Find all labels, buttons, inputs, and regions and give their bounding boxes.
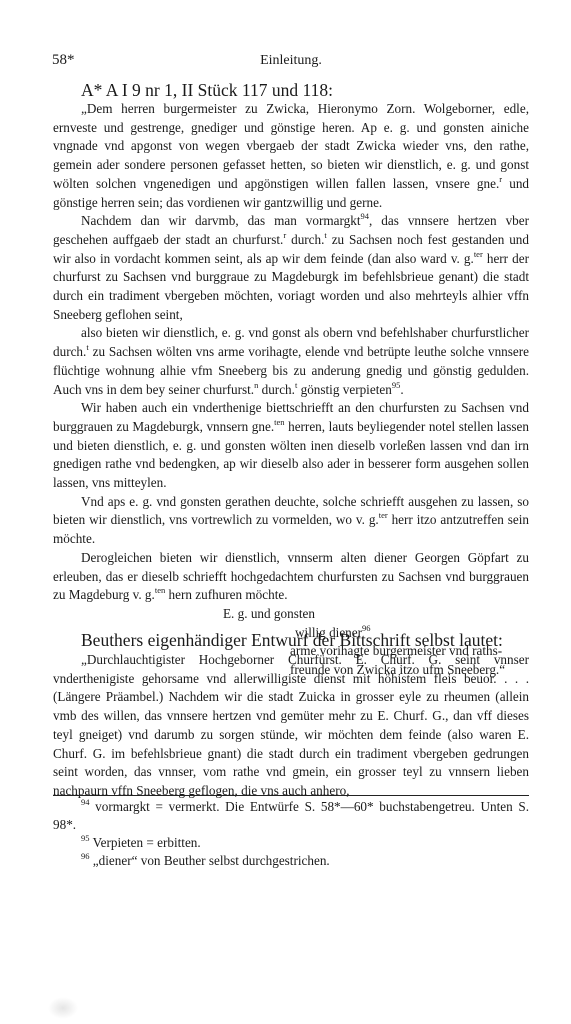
footnote-96: 96 „diener“ von Beuther selbst durchgest… xyxy=(53,852,529,870)
letter-paragraph: Wir haben auch ein vnderthenige biettsch… xyxy=(53,399,529,493)
letter-paragraph: also bieten wir dienstlich, e. g. vnd go… xyxy=(53,324,529,399)
closing-salutation: E. g. und gonsten xyxy=(53,605,529,624)
running-title: Einleitung. xyxy=(53,53,529,69)
section-heading-archive-reference: A* A I 9 nr 1, II Stück 117 und 118: xyxy=(81,80,333,101)
draft-paragraph: „Durchlauchtigister Hochgeborner Churfür… xyxy=(53,651,529,801)
letter-body: „Dem herren burgermeister zu Zwicka, Hie… xyxy=(53,100,529,680)
letter-paragraph: Vnd aps e. g. vnd gonsten gerathen deuch… xyxy=(53,493,529,549)
footnote-95: 95 Verpieten = erbitten. xyxy=(53,834,529,852)
running-header: 58* Einleitung. xyxy=(53,52,529,70)
scan-smudge xyxy=(48,997,78,1019)
footnote-94: 94 vormargkt = vermerkt. Die Entwürfe S.… xyxy=(53,798,529,834)
footnotes: 94 vormargkt = vermerkt. Die Entwürfe S.… xyxy=(53,798,529,870)
letter-paragraph: „Dem herren burgermeister zu Zwicka, Hie… xyxy=(53,100,529,212)
letter-paragraph: Derogleichen bieten wir dienstlich, vnns… xyxy=(53,549,529,605)
footnote-divider xyxy=(53,795,529,796)
section-heading-draft: Beuthers eigenhändiger Entwurf der Bitts… xyxy=(81,630,503,651)
letter-paragraph: Nachdem dan wir darvmb, das man vormargk… xyxy=(53,212,529,324)
footnote-ref: 94 xyxy=(361,211,370,221)
draft-body: „Durchlauchtigister Hochgeborner Churfür… xyxy=(53,651,529,801)
